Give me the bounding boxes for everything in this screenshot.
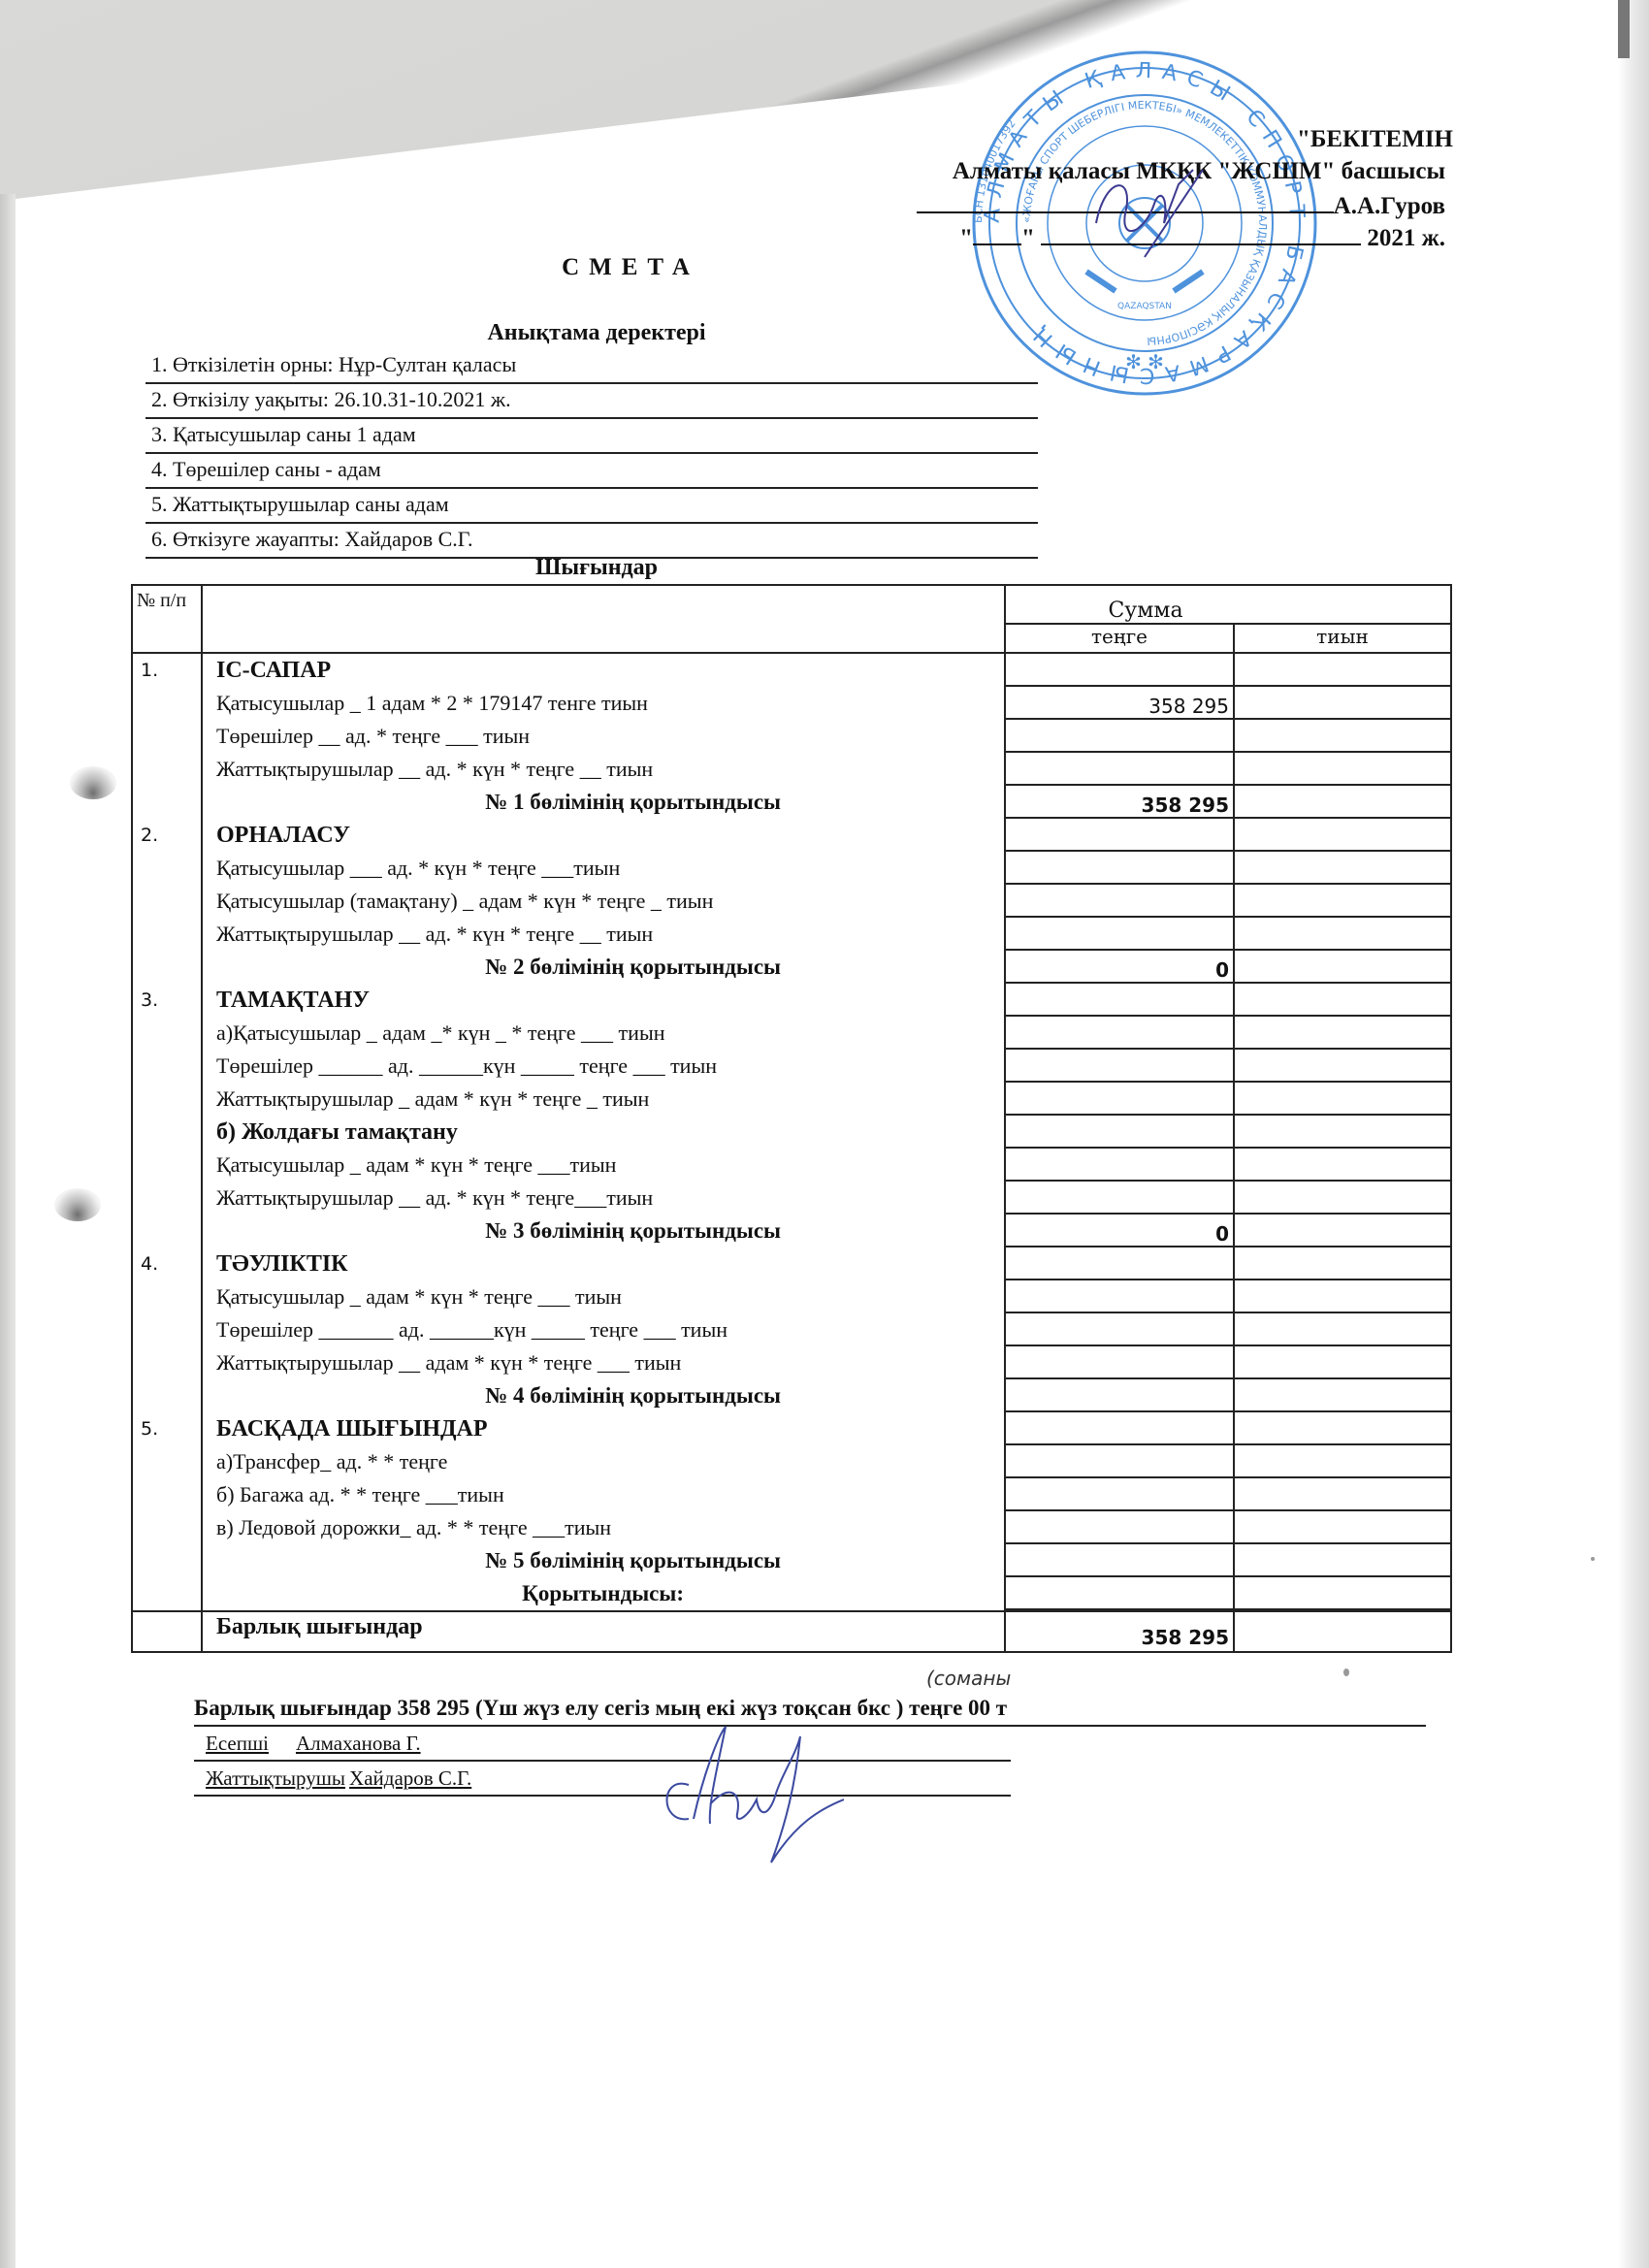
approver-name: А.А.Гуров bbox=[1334, 193, 1445, 219]
row-number bbox=[133, 1445, 201, 1478]
amount-tenge bbox=[1006, 753, 1235, 784]
approver-signature-icon bbox=[1086, 165, 1222, 262]
amount-tiyn bbox=[1235, 1247, 1450, 1279]
amount-row bbox=[1006, 918, 1450, 951]
header-num: № п/п bbox=[133, 586, 203, 652]
amount-tiyn bbox=[1235, 1445, 1450, 1476]
reference-info: 1. Өткізілетін орны: Нұр-Султан қаласы 2… bbox=[145, 349, 1038, 559]
reference-row: 6. Өткізуге жауапты: Хайдаров С.Г. bbox=[145, 524, 1038, 559]
amount-tiyn bbox=[1235, 1313, 1450, 1345]
amount-tiyn bbox=[1235, 753, 1450, 784]
amount-tiyn bbox=[1235, 1215, 1450, 1246]
amount-tiyn bbox=[1235, 654, 1450, 685]
grand-total-row: Барлық шығындар 358 295 bbox=[133, 1610, 1450, 1651]
header-sum: Сумма bbox=[1006, 586, 1450, 625]
amount-row bbox=[1006, 1577, 1450, 1610]
amount-tiyn bbox=[1235, 720, 1450, 751]
amount-row bbox=[1006, 885, 1450, 918]
expense-line: Қатысушылар _ адам * күн * теңге ___ тиы… bbox=[203, 1280, 1004, 1313]
row-number bbox=[133, 951, 201, 984]
amount-row bbox=[1006, 984, 1450, 1017]
amount-tiyn bbox=[1235, 1116, 1450, 1147]
scan-right-edge bbox=[1618, 0, 1649, 2268]
section-subtotal-label: № 2 бөлімінің қорытындысы bbox=[203, 951, 1004, 984]
amount-tiyn bbox=[1235, 1544, 1450, 1575]
amount-row bbox=[1006, 1478, 1450, 1511]
amount-tiyn bbox=[1235, 786, 1450, 817]
amount-row bbox=[1006, 819, 1450, 852]
svg-text:✻ ✻: ✻ ✻ bbox=[1125, 350, 1164, 373]
section-subtotal-label: № 5 бөлімінің қорытындысы bbox=[203, 1544, 1004, 1577]
amount-tiyn bbox=[1235, 1149, 1450, 1180]
amount-row bbox=[1006, 1247, 1450, 1280]
amount-row bbox=[1006, 1050, 1450, 1083]
scan-right-mark bbox=[1618, 0, 1630, 58]
section-heading: ТӘУЛІКТІК bbox=[203, 1247, 1004, 1280]
row-number: 2. bbox=[133, 819, 201, 852]
row-number bbox=[133, 1577, 201, 1610]
expense-line: а)Трансфер_ ад. * * теңге bbox=[203, 1445, 1004, 1478]
scan-speck bbox=[1343, 1669, 1349, 1676]
expense-line: а)Қатысушылар _ адам _* күн _ * теңге __… bbox=[203, 1017, 1004, 1050]
scan-left-edge bbox=[0, 194, 16, 2268]
header-tenge: теңге bbox=[1006, 625, 1235, 652]
expense-line: Жаттықтырушылар __ адам * күн * теңге __… bbox=[203, 1346, 1004, 1379]
description-column: ІС-САПАРҚатысушылар _ 1 адам * 2 * 17914… bbox=[203, 654, 1006, 1610]
row-number bbox=[133, 687, 201, 720]
signature-role: Жаттықтырушы bbox=[206, 1766, 345, 1790]
amount-tenge bbox=[1006, 1379, 1235, 1410]
reference-row: 5. Жаттықтырушылар саны адам bbox=[145, 489, 1038, 524]
signature-name: Хайдаров С.Г. bbox=[349, 1766, 471, 1790]
expense-line: Төрешілер __ ад. * теңге ___ тиын bbox=[203, 720, 1004, 753]
amount-tiyn bbox=[1235, 1379, 1450, 1410]
amount-tiyn bbox=[1235, 819, 1450, 850]
amount-row bbox=[1006, 1379, 1450, 1412]
section-subtotal-label: № 1 бөлімінің қорытындысы bbox=[203, 786, 1004, 819]
amount-tenge bbox=[1006, 819, 1235, 850]
amount-tiyn bbox=[1235, 1346, 1450, 1377]
signature-row-accountant: ЕсепшіАлмаханова Г. bbox=[194, 1727, 1011, 1762]
scan-speck bbox=[1591, 1557, 1595, 1561]
amount-tenge bbox=[1006, 1445, 1235, 1476]
row-number bbox=[133, 1083, 201, 1116]
amount-tenge bbox=[1006, 1149, 1235, 1180]
amount-column: 358 295358 29500 bbox=[1006, 654, 1450, 1610]
amount-tenge bbox=[1006, 1478, 1235, 1509]
reference-row: 3. Қатысушылар саны 1 адам bbox=[145, 419, 1038, 454]
row-number bbox=[133, 1116, 201, 1149]
grand-total-tenge: 358 295 bbox=[1006, 1612, 1235, 1651]
amount-row bbox=[1006, 654, 1450, 687]
amount-row bbox=[1006, 1544, 1450, 1577]
amount-tiyn bbox=[1235, 1017, 1450, 1048]
amount-tiyn bbox=[1235, 1511, 1450, 1542]
row-number bbox=[133, 1379, 201, 1412]
approval-year: 2021 ж. bbox=[1367, 225, 1445, 251]
grand-total-tiyn bbox=[1235, 1612, 1450, 1651]
amount-tenge: 358 295 bbox=[1006, 687, 1235, 718]
amount-row bbox=[1006, 1182, 1450, 1215]
amount-tenge bbox=[1006, 1511, 1235, 1542]
reference-title: Анықтама деректері bbox=[136, 320, 1057, 346]
amount-row: 0 bbox=[1006, 1215, 1450, 1247]
expense-line: Жаттықтырушылар __ ад. * күн * теңге __ … bbox=[203, 753, 1004, 786]
amount-tenge bbox=[1006, 1116, 1235, 1147]
amount-row bbox=[1006, 1280, 1450, 1313]
coach-signature-icon bbox=[650, 1717, 844, 1872]
amount-row bbox=[1006, 1346, 1450, 1379]
row-number bbox=[133, 1511, 201, 1544]
expense-line: Төрешілер _______ ад. ______күн _____ те… bbox=[203, 1313, 1004, 1346]
row-number bbox=[133, 786, 201, 819]
amount-tenge: 0 bbox=[1006, 951, 1235, 982]
expense-table: № п/п Сумма теңге тиын 1.2.3.4.5. ІС-САП… bbox=[131, 584, 1452, 1653]
section-heading: БАСҚАДА ШЫҒЫНДАР bbox=[203, 1412, 1004, 1445]
amount-row: 358 295 bbox=[1006, 786, 1450, 819]
amount-row bbox=[1006, 1116, 1450, 1149]
amount-row bbox=[1006, 1412, 1450, 1445]
amount-tenge bbox=[1006, 1544, 1235, 1575]
expense-line: Жаттықтырушылар __ ад. * күн * теңге___т… bbox=[203, 1182, 1004, 1215]
amount-tiyn bbox=[1235, 687, 1450, 718]
amount-row: 0 bbox=[1006, 951, 1450, 984]
binder-hole bbox=[70, 766, 116, 799]
section-subtotal-label: № 3 бөлімінің қорытындысы bbox=[203, 1215, 1004, 1247]
grand-total-num bbox=[133, 1612, 203, 1651]
amount-in-words-note: (соманы bbox=[926, 1667, 1011, 1690]
row-number bbox=[133, 1215, 201, 1247]
amount-tenge bbox=[1006, 654, 1235, 685]
row-number bbox=[133, 1182, 201, 1215]
expense-line: Қатысушылар ___ ад. * күн * теңге ___тиы… bbox=[203, 852, 1004, 885]
amount-tenge bbox=[1006, 1083, 1235, 1114]
section-subtotal-label: № 4 бөлімінің қорытындысы bbox=[203, 1379, 1004, 1412]
row-number bbox=[133, 720, 201, 753]
amount-tenge bbox=[1006, 1313, 1235, 1345]
amount-tenge bbox=[1006, 1182, 1235, 1213]
row-number: 5. bbox=[133, 1412, 201, 1445]
amount-row bbox=[1006, 1149, 1450, 1182]
row-number: 3. bbox=[133, 984, 201, 1017]
header-tiyn: тиын bbox=[1235, 625, 1450, 652]
row-number bbox=[133, 1050, 201, 1083]
amount-row bbox=[1006, 852, 1450, 885]
amount-tenge: 358 295 bbox=[1006, 786, 1235, 817]
amount-tenge bbox=[1006, 1247, 1235, 1279]
amount-tenge bbox=[1006, 1050, 1235, 1081]
expense-line: б) Жолдағы тамақтану bbox=[203, 1116, 1004, 1149]
row-number bbox=[133, 1017, 201, 1050]
expenses-title: Шығындар bbox=[136, 555, 1057, 581]
expense-line: Қатысушылар _ 1 адам * 2 * 179147 тенге … bbox=[203, 687, 1004, 720]
amount-row bbox=[1006, 1445, 1450, 1478]
row-number bbox=[133, 1478, 201, 1511]
section-heading: ТАМАҚТАНУ bbox=[203, 984, 1004, 1017]
row-number bbox=[133, 852, 201, 885]
total-label: Қорытындысы: bbox=[203, 1577, 1004, 1610]
row-number bbox=[133, 1149, 201, 1182]
amount-tenge bbox=[1006, 885, 1235, 916]
amount-tiyn bbox=[1235, 1412, 1450, 1443]
row-number: 4. bbox=[133, 1247, 201, 1280]
amount-tenge bbox=[1006, 918, 1235, 949]
amount-tiyn bbox=[1235, 885, 1450, 916]
amount-tenge bbox=[1006, 1412, 1235, 1443]
row-number bbox=[133, 1346, 201, 1379]
reference-row: 1. Өткізілетін орны: Нұр-Султан қаласы bbox=[145, 349, 1038, 384]
table-body: 1.2.3.4.5. ІС-САПАРҚатысушылар _ 1 адам … bbox=[133, 654, 1450, 1610]
amount-tiyn bbox=[1235, 1083, 1450, 1114]
amount-tenge bbox=[1006, 984, 1235, 1015]
expense-line: Қатысушылар _ адам * күн * теңге ___тиын bbox=[203, 1149, 1004, 1182]
header-description bbox=[203, 586, 1006, 652]
table-header: № п/п Сумма теңге тиын bbox=[133, 586, 1450, 654]
section-heading: ІС-САПАР bbox=[203, 654, 1004, 687]
amount-tiyn bbox=[1235, 984, 1450, 1015]
reference-row: 4. Төрешілер саны - адам bbox=[145, 454, 1038, 489]
section-heading: ОРНАЛАСУ bbox=[203, 819, 1004, 852]
row-number bbox=[133, 753, 201, 786]
grand-total-label: Барлық шығындар bbox=[203, 1612, 1006, 1651]
expense-line: Қатысушылар (тамақтану) _ адам * күн * т… bbox=[203, 885, 1004, 918]
binder-hole bbox=[54, 1188, 101, 1221]
signature-role: Есепші bbox=[206, 1732, 269, 1755]
expense-line: в) Ледовой дорожки_ ад. * * теңге ___тиы… bbox=[203, 1511, 1004, 1544]
expense-line: б) Багажа ад. * * теңге ___тиын bbox=[203, 1478, 1004, 1511]
header-sum-group: Сумма теңге тиын bbox=[1006, 586, 1450, 652]
amount-tiyn bbox=[1235, 852, 1450, 883]
amount-row bbox=[1006, 1083, 1450, 1116]
expense-line: Жаттықтырушылар _ адам * күн * теңге _ т… bbox=[203, 1083, 1004, 1116]
signature-name: Алмаханова Г. bbox=[296, 1732, 421, 1755]
amount-tiyn bbox=[1235, 1182, 1450, 1213]
row-number bbox=[133, 1313, 201, 1346]
amount-tiyn bbox=[1235, 918, 1450, 949]
expense-line: Жаттықтырушылар __ ад. * күн * теңге __ … bbox=[203, 918, 1004, 951]
row-number: 1. bbox=[133, 654, 201, 687]
amount-row bbox=[1006, 1017, 1450, 1050]
row-number bbox=[133, 885, 201, 918]
amount-tenge bbox=[1006, 720, 1235, 751]
amount-tenge bbox=[1006, 852, 1235, 883]
num-column: 1.2.3.4.5. bbox=[133, 654, 203, 1610]
amount-tenge bbox=[1006, 1017, 1235, 1048]
amount-tenge bbox=[1006, 1346, 1235, 1377]
amount-tenge bbox=[1006, 1280, 1235, 1312]
row-number bbox=[133, 1544, 201, 1577]
amount-tiyn bbox=[1235, 1478, 1450, 1509]
svg-text:QAZAQSTAN: QAZAQSTAN bbox=[1117, 302, 1172, 311]
amount-tiyn bbox=[1235, 1280, 1450, 1312]
amount-tenge: 0 bbox=[1006, 1215, 1235, 1246]
amount-row bbox=[1006, 1313, 1450, 1346]
amount-tenge bbox=[1006, 1577, 1235, 1608]
row-number bbox=[133, 918, 201, 951]
approval-heading: "БЕКІТЕМІН bbox=[1297, 124, 1453, 155]
amount-row bbox=[1006, 1511, 1450, 1544]
signature-row-coach: ЖаттықтырушыХайдаров С.Г. bbox=[194, 1762, 1011, 1797]
amount-tiyn bbox=[1235, 1050, 1450, 1081]
amount-row bbox=[1006, 753, 1450, 786]
amount-tiyn bbox=[1235, 1577, 1450, 1608]
row-number bbox=[133, 1280, 201, 1313]
amount-row bbox=[1006, 720, 1450, 753]
amount-tiyn bbox=[1235, 951, 1450, 982]
expense-line: Төрешілер ______ ад. ______күн _____ тең… bbox=[203, 1050, 1004, 1083]
amount-row: 358 295 bbox=[1006, 687, 1450, 720]
reference-row: 2. Өткізілу уақыты: 26.10.31-10.2021 ж. bbox=[145, 384, 1038, 419]
